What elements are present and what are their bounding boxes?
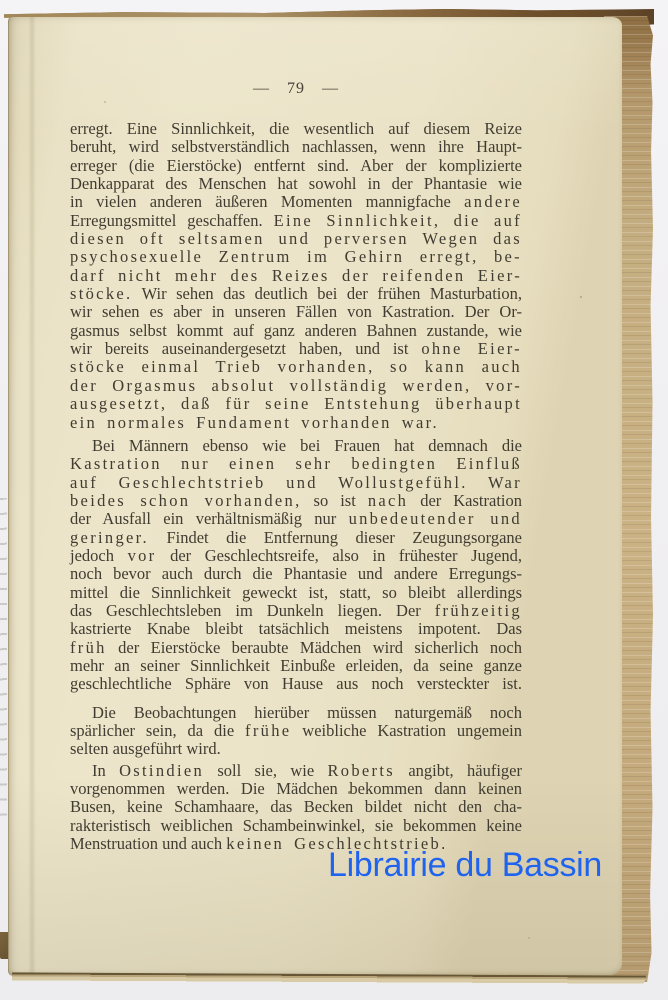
body-text: jedoch [70,546,128,565]
letterspaced-text: andere [464,192,522,211]
body-text: Denkapparat des Menschen hat sowohl in d… [70,174,522,193]
body-text: das Geschlechtsleben im Dunkeln liegen. … [70,601,435,620]
text-line: diesen oft seltsamen und perversen Wegen… [70,230,522,248]
paper-speck [528,937,530,939]
text-line: geringer. Findet die Entfernung dieser Z… [70,529,522,547]
text-line: noch bevor auch durch die Phantasie und … [70,565,522,583]
text-line: beruht, wird selbstverständlich nachlass… [70,138,522,156]
letterspaced-text: ein normales Fundament vorhanden war. [70,413,439,432]
letterspaced-text: frühzeitig [435,601,522,620]
body-text: spärlicher sein, da die [70,721,245,740]
body-text: In [92,761,119,780]
paragraph: erregt. Eine Sinnlichkeit, die wesentlic… [70,120,522,432]
body-text: kastrierte Knabe bleibt tatsächlich meis… [70,619,522,638]
letterspaced-text: auf Geschlechtstrieb und Wollustgefühl. … [70,473,522,492]
text-line: Kastration nur einen sehr bedingten Einf… [70,455,522,473]
letterspaced-text: darf nicht mehr des Reizes der reifenden… [70,266,522,285]
body-text: selten ausgeführt wird. [70,739,221,758]
bookseller-watermark: Librairie du Bassin [328,845,602,885]
text-line: auf Geschlechtstrieb und Wollustgefühl. … [70,474,522,492]
paper-speck [348,791,351,794]
letterspaced-text: ohne Eier- [421,339,522,358]
body-text: gasmus selbst kommt auf ganz anderen Bah… [70,321,522,340]
text-line: der Orgasmus absolut vollständig werden,… [70,377,522,395]
text-line: vorgenommen werden. Die Mädchen bekommen… [70,780,522,798]
text-line: wir bereits auseinandergesetzt haben, un… [70,340,522,358]
page-number: — 79 — [70,80,522,98]
text-line: stöcke einmal Trieb vorhanden, so kann a… [70,358,522,376]
letterspaced-text: beides schon vorhanden, [70,491,302,510]
body-text: beruht, wird selbstverständlich nachlass… [70,137,522,156]
book-page: — 79 — erregt. Eine Sinnlichkeit, die we… [8,17,622,976]
letterspaced-text: Eine Sinnlichkeit, die auf [274,211,522,230]
letterspaced-text: der Orgasmus absolut vollständig werden,… [70,376,522,395]
letterspaced-text: psychosexuelle Zentrum im Gehirn erregt,… [70,247,522,266]
body-text: Menstruation und auch [70,834,226,853]
body-text: wir sehen es aber in unseren Fällen von … [70,302,522,321]
body-text: soll sie, wie [204,761,327,780]
letterspaced-text: Kastration nur einen sehr bedingten Einf… [70,454,522,473]
text-line: geschlechtliche Sphäre von Hause aus noc… [70,675,522,693]
letterspaced-text: vor [128,546,157,565]
text-line: Busen, keine Schamhaare, das Becken bild… [70,798,522,816]
letterspaced-text: stöcke einmal Trieb vorhanden, so kann a… [70,357,522,376]
body-text: wir bereits auseinandergesetzt haben, un… [70,339,421,358]
letterspaced-text: diesen oft seltsamen und perversen Wegen… [70,229,522,248]
body-text: Erregungsmittel geschaffen. [70,211,274,230]
letterspaced-text: ausgesetzt, daß für seine Entstehung übe… [70,394,522,413]
text-block: — 79 — erregt. Eine Sinnlichkeit, die we… [70,80,522,853]
text-line: mehr an seiner Sinnlichkeit Einbuße erle… [70,657,522,675]
book-photo: — 79 — erregt. Eine Sinnlichkeit, die we… [0,0,668,1000]
text-line: Die Beobachtungen hierüber müssen naturg… [70,704,522,722]
text-line: früh der Eierstöcke beraubte Mädchen wir… [70,639,522,657]
letterspaced-text: unbedeutender und [349,509,522,528]
letterspaced-text: frühe [245,721,291,740]
paragraph: Die Beobachtungen hierüber müssen naturg… [70,704,522,759]
text-line: gasmus selbst kommt auf ganz anderen Bah… [70,322,522,340]
text-line: ausgesetzt, daß für seine Entstehung übe… [70,395,522,413]
body-text: weibliche Kastration ungemein [291,721,522,740]
paragraph: Bei Männern ebenso wie bei Frauen hat de… [70,437,522,694]
paragraph: In Ostindien soll sie, wie Roberts angib… [70,762,522,854]
text-line: erreger (die Eierstöcke) entfernt sind. … [70,157,522,175]
text-line: selten ausgeführt wird. [70,740,522,758]
body-text: vorgenommen werden. Die Mädchen bekommen… [70,779,522,798]
letterspaced-text: geringer. [70,528,149,547]
body-text: Findet die Entfernung dieser Zeugungsorg… [149,528,522,547]
text-line: Erregungsmittel geschaffen. Eine Sinnlic… [70,212,522,230]
text-line: In Ostindien soll sie, wie Roberts angib… [70,762,522,780]
letterspaced-text: früh [70,638,107,657]
text-line: in vielen anderen äußeren Momenten manni… [70,193,522,211]
letterspaced-text: Ostindien [119,761,204,780]
body-text: mehr an seiner Sinnlichkeit Einbuße erle… [70,656,522,675]
previous-page-showthrough [0,498,7,828]
text-line: psychosexuelle Zentrum im Gehirn erregt,… [70,248,522,266]
text-line: mittel die Sinnlichkeit geweckt ist, sta… [70,584,522,602]
book-bottom-edge [12,972,646,988]
body-text: mittel die Sinnlichkeit geweckt ist, sta… [70,583,522,602]
body-text: Wir sehen das deutlich bei der frühen Ma… [132,284,522,303]
text-line: Denkapparat des Menschen hat sowohl in d… [70,175,522,193]
body-text: in vielen anderen äußeren Momenten manni… [70,192,464,211]
text-line: stöcke. Wir sehen das deutlich bei der f… [70,285,522,303]
text-line: spärlicher sein, da die frühe weibliche … [70,722,522,740]
text-line: beides schon vorhanden, so ist nach der … [70,492,522,510]
text-line: jedoch vor der Geschlechtsreife, also in… [70,547,522,565]
text-line: erregt. Eine Sinnlichkeit, die wesentlic… [70,120,522,138]
text-line: kastrierte Knabe bleibt tatsächlich meis… [70,620,522,638]
body-text: erregt. Eine Sinnlichkeit, die wesentlic… [70,119,522,138]
body-text: geschlechtliche Sphäre von Hause aus noc… [70,674,522,693]
body-text: erreger (die Eierstöcke) entfernt sind. … [70,156,522,175]
body-text: rakteristisch weiblichen Schambeinwinkel… [70,816,522,835]
paper-speck [580,296,582,298]
body-text: der Geschlechtsreife, also in frühester … [157,546,523,565]
text-line: rakteristisch weiblichen Schambeinwinkel… [70,817,522,835]
body-text: der Ausfall ein verhältnismäßig nur [70,509,349,528]
body-text: noch bevor auch durch die Phantasie und … [70,564,522,583]
text-line: wir sehen es aber in unseren Fällen von … [70,303,522,321]
body-text: Die Beobachtungen hierüber müssen naturg… [92,703,522,722]
body-text: der Eierstöcke beraubte Mädchen wird sic… [107,638,522,657]
text-line: darf nicht mehr des Reizes der reifenden… [70,267,522,285]
page-gutter-crease [28,17,36,976]
letterspaced-text: Roberts [327,761,395,780]
text-line: Bei Männern ebenso wie bei Frauen hat de… [70,437,522,455]
text-line: ein normales Fundament vorhanden war. [70,414,522,432]
paper-speck [104,101,106,103]
text-line: das Geschlechtsleben im Dunkeln liegen. … [70,602,522,620]
letterspaced-text: stöcke. [70,284,132,303]
body-text: Busen, keine Schamhaare, das Becken bild… [70,797,522,816]
body-text: so ist [302,491,368,510]
body-text: Bei Männern ebenso wie bei Frauen hat de… [92,436,522,455]
text-line: der Ausfall ein verhältnismäßig nur unbe… [70,510,522,528]
body-text: der Kastration [408,491,522,510]
letterspaced-text: nach [368,491,408,510]
body-text: angibt, häufiger [395,761,522,780]
